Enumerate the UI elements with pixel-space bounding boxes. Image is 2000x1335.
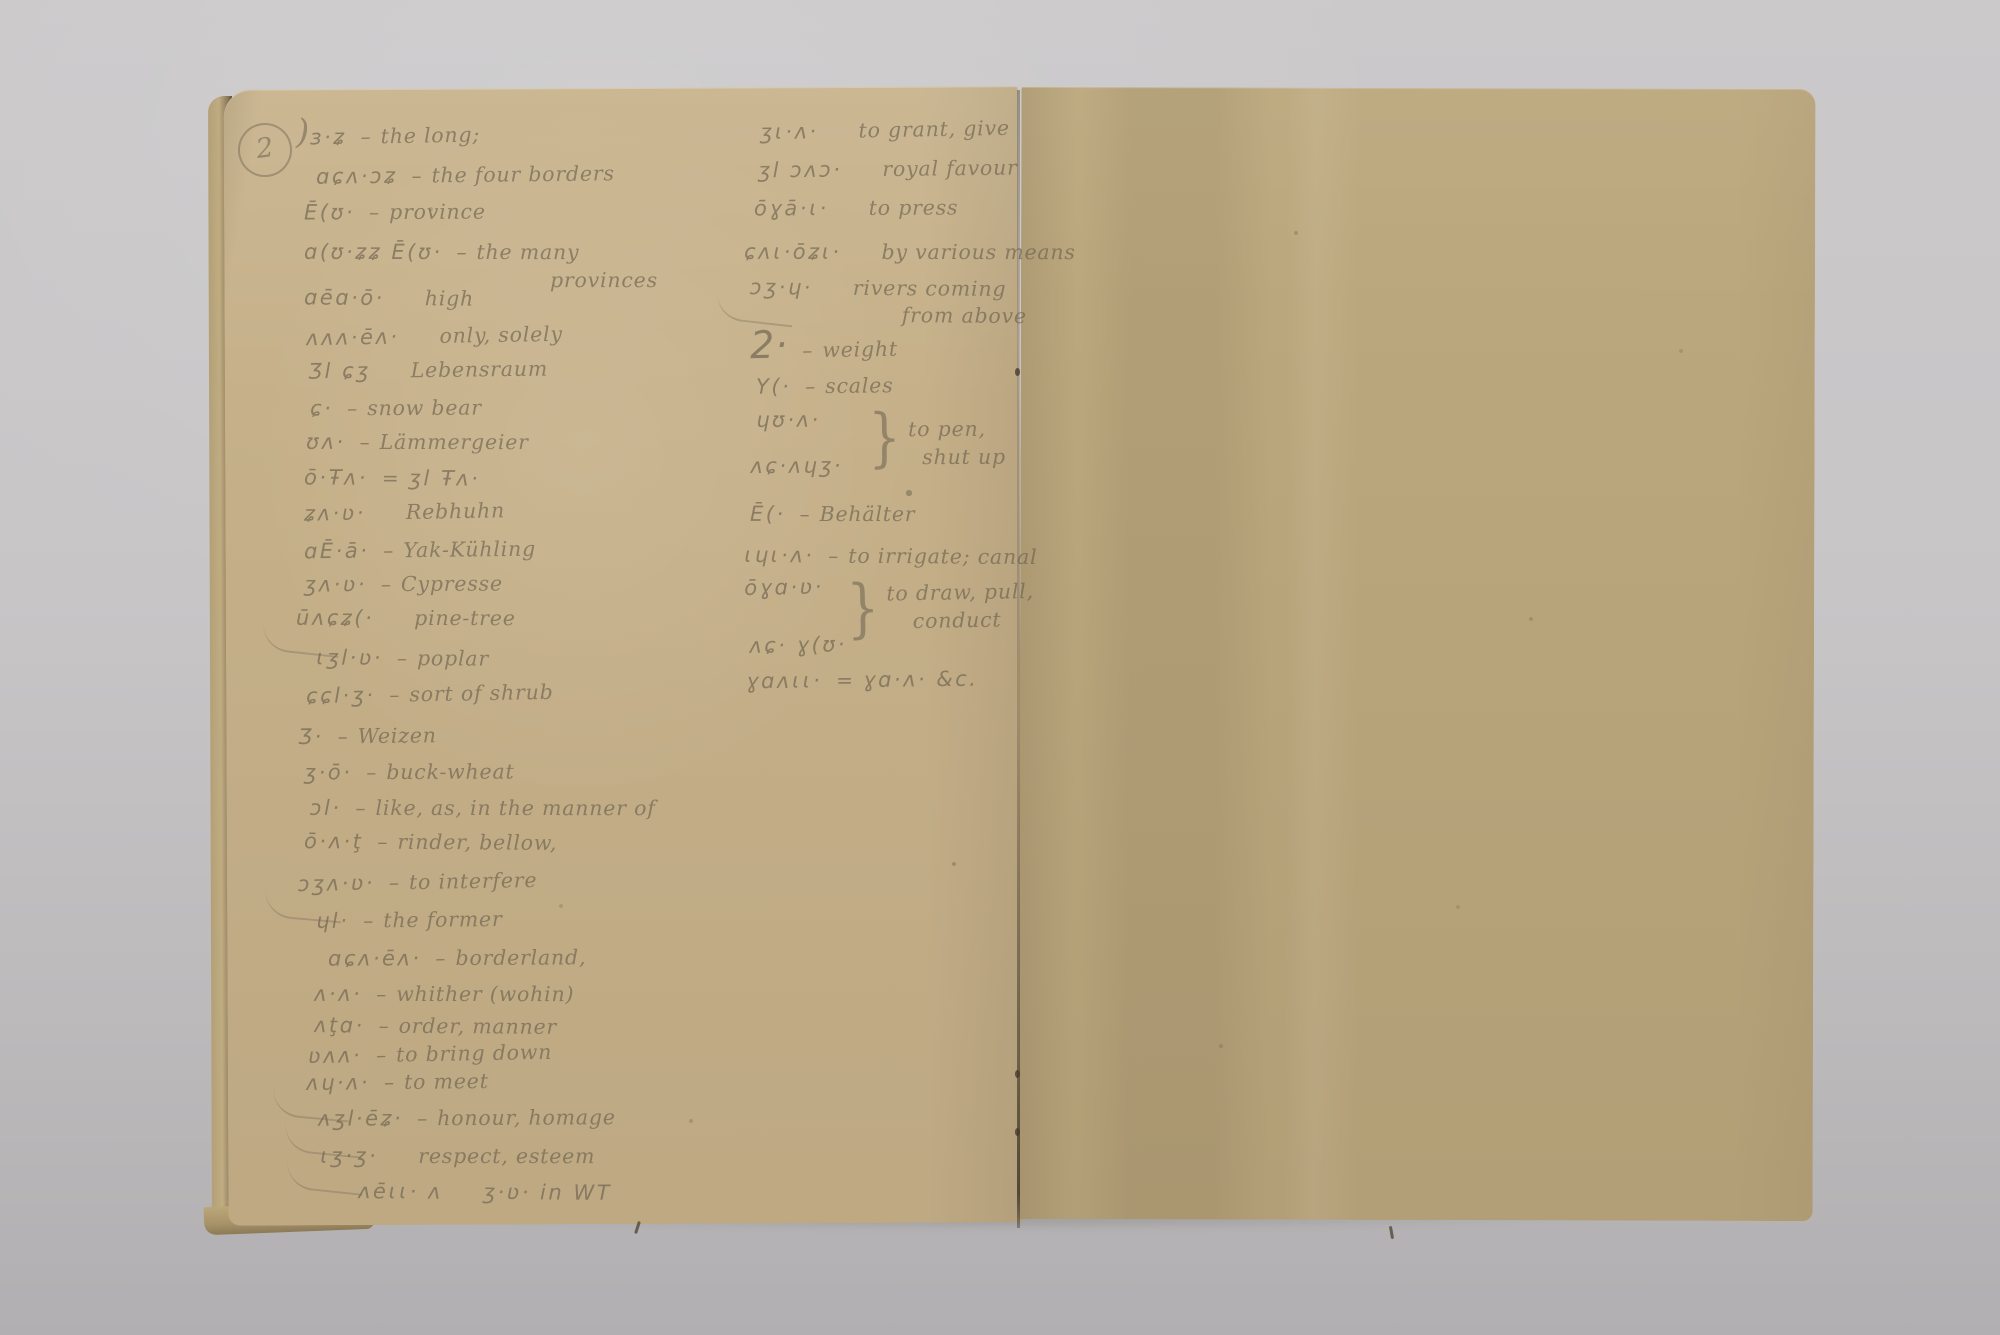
vocab-entry: 2·–weight bbox=[750, 321, 899, 368]
vocab-entry: ɣɑʌɩɩ·=ɣɑ·ʌ· &c. bbox=[746, 667, 979, 694]
headword-script: ɑēɑ·ō· bbox=[304, 285, 385, 310]
vocab-entry: ɔʒ·ɥ·rivers comingfrom above bbox=[750, 275, 1006, 301]
headword-script: ʌɕ· ɣ(ʊ· bbox=[749, 632, 847, 658]
separator: – bbox=[411, 163, 421, 187]
gloss: borderland, bbox=[455, 945, 586, 970]
gloss: ɣɑ·ʌ· &c. bbox=[863, 667, 979, 692]
separator: – bbox=[360, 430, 370, 454]
headword-script: ɥl· bbox=[316, 909, 350, 933]
headword-script: ɥʊ·ʌ· bbox=[756, 408, 821, 432]
separator: – bbox=[389, 870, 399, 894]
vocab-entry: ɑĒ·ā·–Yak-Kühling bbox=[304, 537, 536, 564]
headword-script: ɜ·ʑ bbox=[310, 125, 347, 150]
separator: – bbox=[366, 760, 376, 784]
headword-script: ɕɕl·ʒ· bbox=[306, 683, 376, 708]
headword-script: ʒɩ·ʌ· bbox=[760, 119, 819, 144]
headword-script: ɩɥɩ·ʌ· bbox=[744, 543, 815, 567]
gloss: Yak-Kühling bbox=[403, 537, 536, 563]
headword-script: Ʒ· bbox=[298, 724, 324, 748]
gloss: buck-wheat bbox=[386, 759, 514, 784]
separator: – bbox=[376, 1043, 386, 1067]
gloss: Lämmergeier bbox=[380, 430, 529, 454]
vocab-entry: ʒl ɔʌɔ·royal favour bbox=[758, 156, 1018, 183]
separator: – bbox=[338, 724, 348, 748]
gloss: high bbox=[425, 286, 474, 310]
vocab-entry: ʒʌ·ʋ·–Cypresse bbox=[304, 571, 503, 596]
vocab-entry: ʑʌ·ʋ·Rebhuhn bbox=[304, 498, 505, 526]
vocab-entry: ɔl·–like, as, in the manner of bbox=[310, 796, 656, 820]
gloss: the former bbox=[383, 907, 502, 932]
gloss: to meet bbox=[404, 1069, 489, 1094]
separator: = bbox=[382, 466, 399, 490]
vocab-entry: ɜ·ʑ–the long; bbox=[310, 123, 480, 150]
headword-script: ʌɕ·ʌɥʒ· bbox=[750, 454, 843, 478]
separator: – bbox=[356, 796, 366, 820]
gloss: the long; bbox=[380, 123, 480, 149]
separator: – bbox=[802, 338, 812, 362]
vocab-entry: ɑɕʌ·ēʌ·–borderland, bbox=[328, 945, 586, 970]
gloss: to interfere bbox=[409, 868, 538, 894]
grouping-brace: } bbox=[846, 572, 880, 647]
headword-script: ʌēɩɩ· ʌ bbox=[358, 1179, 443, 1204]
gloss: Lebensraum bbox=[411, 357, 549, 383]
separator: – bbox=[417, 1106, 427, 1130]
separator: – bbox=[369, 200, 379, 224]
vocab-entry: ɑ(ʊ·ʑʑ Ē(ʊ·–the manyprovinces bbox=[304, 240, 579, 264]
gloss: scales bbox=[825, 373, 894, 398]
headword-script: ōɣā·ɩ· bbox=[754, 196, 829, 220]
vocab-entry: ʌ·ʌ·–whither (wohin) bbox=[314, 982, 574, 1006]
gloss: rivers coming bbox=[853, 276, 1007, 301]
vocab-entry: ʌɥ·ʌ·–to meet bbox=[306, 1069, 489, 1095]
gloss: to grant, give bbox=[858, 116, 1010, 143]
vocab-entry: ɔʒʌ·ʋ·–to interfere bbox=[298, 868, 538, 896]
gloss: Cypresse bbox=[401, 571, 503, 596]
headword-script: ʒʌ·ʋ· bbox=[304, 572, 367, 596]
headword-script: ɑɕʌ·ɔʑ bbox=[316, 164, 398, 189]
vocab-entry: ɩʒl·ʋ·–poplar bbox=[316, 645, 489, 670]
vocab-entry: ō·ʌ·ţ–rinder, bellow, bbox=[304, 829, 557, 855]
gloss: to press bbox=[869, 195, 959, 219]
vocab-entry: Ʒl ɕʒLebensraum bbox=[308, 357, 548, 384]
vocab-entry: ɕ·–snow bear bbox=[310, 396, 482, 421]
vocab-entry: ʊʌ·–Lämmergeier bbox=[306, 430, 529, 454]
vocab-entry: ʌţɑ·–order, manner bbox=[314, 1013, 557, 1039]
vocab-entry: ʌʒl·ēʑ·–honour, homage bbox=[318, 1105, 616, 1131]
gloss: whither (wohin) bbox=[396, 982, 574, 1006]
gloss: province bbox=[389, 200, 486, 225]
separator: – bbox=[377, 830, 387, 854]
gloss: weight bbox=[822, 337, 898, 362]
notebook-photo: 2) ɜ·ʑ–the long;ɑɕʌ·ɔʑ–the four bordersĒ… bbox=[0, 0, 2000, 1335]
headword-script: ɣɑʌɩɩ· bbox=[746, 668, 822, 693]
vocab-entry: ʌʌʌ·ēʌ·only, solely bbox=[306, 322, 563, 350]
gloss: by various means bbox=[881, 240, 1075, 264]
separator: = bbox=[836, 668, 853, 692]
separator: – bbox=[379, 1014, 389, 1038]
separator: – bbox=[381, 572, 391, 596]
headword-script: ʌʌʌ·ēʌ· bbox=[306, 325, 400, 351]
separator: – bbox=[800, 502, 810, 526]
gloss: to pen, bbox=[908, 417, 986, 441]
headword-script: ɑ(ʊ·ʑʑ Ē(ʊ· bbox=[304, 240, 443, 264]
headword-script: ʑʌ·ʋ· bbox=[304, 501, 366, 526]
handwritten-vocabulary: ɜ·ʑ–the long;ɑɕʌ·ɔʑ–the four bordersĒ(ʊ·… bbox=[0, 0, 2000, 1335]
vocab-entry: ɥl·–the former bbox=[316, 907, 503, 933]
gloss: the many bbox=[476, 240, 579, 264]
headword-script: ō·ʌ·ţ bbox=[304, 829, 364, 853]
vocab-entry: ʌēɩɩ· ʌʒ·ʋ· in WT bbox=[358, 1179, 612, 1205]
headword-script: Ē(ʊ· bbox=[304, 200, 355, 224]
headword-script: ʊʌ· bbox=[306, 430, 346, 454]
gloss: honour, homage bbox=[437, 1105, 616, 1130]
gloss: Behälter bbox=[820, 502, 916, 526]
headword-script: Y(· bbox=[756, 374, 791, 398]
gloss: poplar bbox=[417, 646, 489, 671]
vocab-entry: ɑēɑ·ō·high bbox=[304, 285, 474, 310]
headword-script: ɕ· bbox=[310, 396, 333, 420]
headword-script: ʌţɑ· bbox=[314, 1013, 365, 1037]
headword-script: Ē(· bbox=[750, 502, 786, 526]
vocab-entry: Ē(·–Behälter bbox=[750, 502, 915, 526]
headword-script: 2· bbox=[750, 323, 789, 368]
gloss: Rebhuhn bbox=[406, 498, 506, 524]
gloss: sort of shrub bbox=[409, 680, 554, 707]
gloss: snow bear bbox=[367, 396, 482, 421]
gloss: ʒ·ʋ· in WT bbox=[483, 1180, 612, 1205]
separator: – bbox=[435, 946, 445, 970]
gloss: to draw, pull, bbox=[886, 579, 1034, 606]
headword-script: ɑĒ·ā· bbox=[304, 539, 370, 564]
vocab-entry: ɕɕl·ʒ·–sort of shrub bbox=[306, 680, 554, 708]
gloss: order, manner bbox=[399, 1014, 558, 1039]
vocab-entry: Ʒ·–Weizen bbox=[298, 723, 437, 749]
vocab-entry: ʋʌʌ·–to bring down bbox=[308, 1040, 553, 1068]
gloss-second-line: provinces bbox=[550, 268, 658, 292]
headword-script: ōɣɑ·ʋ· bbox=[744, 575, 824, 600]
headword-script: ō·Ŧʌ· bbox=[304, 465, 368, 489]
vocab-entry: ʒ·ō·–buck-wheat bbox=[304, 759, 515, 784]
vocab-entry: ɑɕʌ·ɔʑ–the four borders bbox=[316, 161, 615, 188]
gloss: conduct bbox=[913, 608, 1002, 634]
gloss: to bring down bbox=[396, 1040, 552, 1067]
vocab-entry: Y(·–scales bbox=[756, 373, 894, 399]
gloss: pine-tree bbox=[414, 606, 515, 630]
gloss-second-line: from above bbox=[902, 303, 1027, 328]
gloss: respect, esteem bbox=[418, 1144, 595, 1168]
separator: – bbox=[383, 538, 393, 562]
vocab-entry: Ē(ʊ·–province bbox=[304, 200, 486, 225]
separator: – bbox=[389, 683, 399, 707]
headword-script: ɩʒl·ʋ· bbox=[316, 645, 383, 669]
vocab-entry: ūʌɕʑ(·pine-tree bbox=[296, 606, 516, 630]
headword-script: ʒ·ō· bbox=[304, 760, 352, 784]
vocab-entry: ɕʌɩ·ōʑɩ·by various means bbox=[744, 240, 1076, 264]
gloss: Weizen bbox=[358, 723, 437, 748]
separator: – bbox=[805, 374, 815, 398]
headword-script: Ʒl ɕʒ bbox=[308, 359, 371, 384]
vocab-entry: ʒɩ·ʌ·to grant, give bbox=[760, 116, 1010, 144]
gloss: to irrigate; canal bbox=[848, 544, 1037, 569]
separator: – bbox=[384, 1070, 394, 1094]
separator: – bbox=[363, 908, 373, 932]
gloss: ʒl Ŧʌ· bbox=[409, 466, 481, 490]
gloss: only, solely bbox=[439, 322, 563, 348]
headword-script: ɔl· bbox=[310, 796, 342, 820]
headword-script: ʌ·ʌ· bbox=[314, 982, 362, 1006]
separator: – bbox=[828, 544, 838, 568]
headword-script: ʋʌʌ· bbox=[308, 1043, 363, 1068]
separator: – bbox=[347, 396, 357, 420]
separator: – bbox=[456, 240, 466, 264]
vocab-entry: ɩɥɩ·ʌ·–to irrigate; canal bbox=[744, 543, 1038, 569]
gloss: the four borders bbox=[431, 161, 614, 187]
separator: – bbox=[397, 646, 407, 670]
gloss: rinder, bellow, bbox=[397, 830, 557, 855]
gloss: shut up bbox=[922, 445, 1006, 469]
headword-script: ʒl ɔʌɔ· bbox=[758, 158, 843, 183]
separator: – bbox=[360, 124, 370, 148]
headword-script: ɕʌɩ·ōʑɩ· bbox=[744, 240, 841, 264]
vocab-entry: ōɣā·ɩ·to press bbox=[754, 195, 958, 220]
gloss: like, as, in the manner of bbox=[376, 796, 656, 820]
headword-script: ɑɕʌ·ēʌ· bbox=[328, 946, 422, 970]
separator: – bbox=[376, 982, 386, 1006]
vocab-entry: ɩʒ·ʒ·respect, esteem bbox=[320, 1144, 595, 1168]
grouping-brace: } bbox=[868, 401, 901, 475]
gloss: royal favour bbox=[882, 156, 1018, 182]
vocab-entry: ō·Ŧʌ·=ʒl Ŧʌ· bbox=[304, 465, 480, 490]
